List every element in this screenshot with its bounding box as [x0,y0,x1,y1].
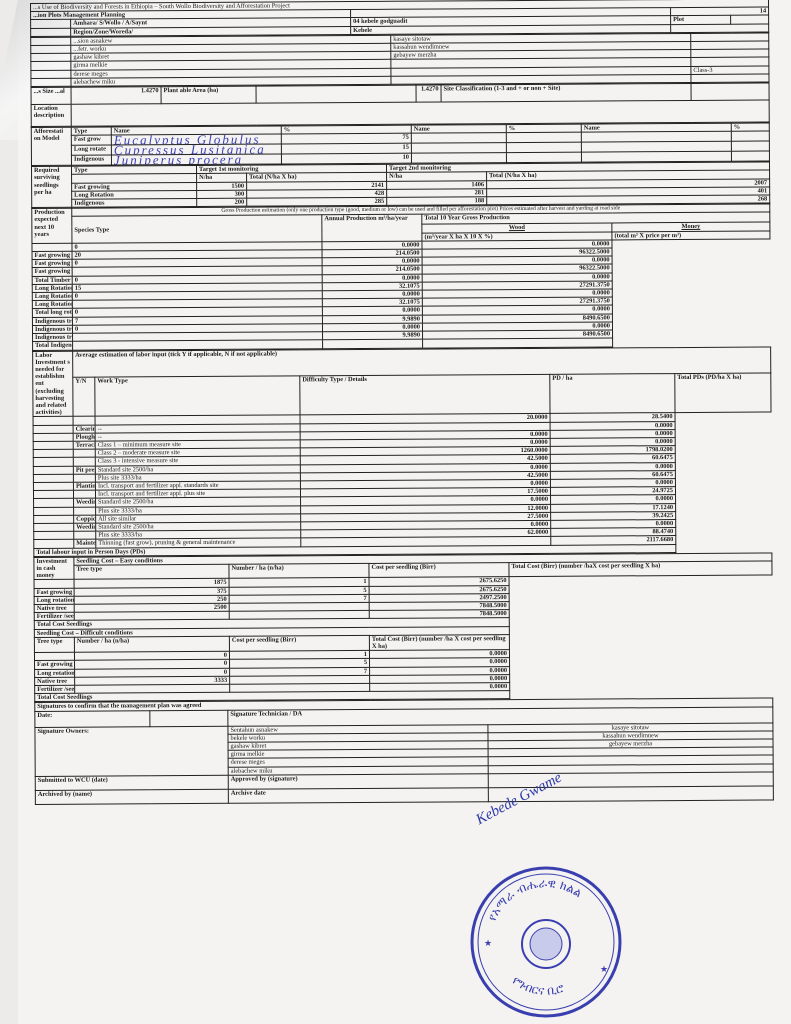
nha-header: N/ha [197,174,247,183]
work-type [73,474,95,482]
yn-checkbox[interactable] [34,540,74,548]
work-type: Pit preparation [73,466,95,474]
species-type: Long Rotation (medium) [32,292,72,300]
tree-type: Long rotation [34,596,74,604]
stamp-text-bottom: የግብርና ቢሮ [510,973,566,998]
plantable-area-label: Plant able Area (ha) [161,86,256,104]
surviving-seedlings-table: Required surviving seedlings per ha Type… [31,162,770,209]
surviving-seedlings-label: Required surviving seedlings per ha [32,166,72,207]
species-type: Long Rotation (good) [32,284,72,292]
species-header: Species Type [72,215,322,243]
work-type: Weeding year 2-5 [74,523,96,531]
species-type: Fast growing (low) [32,268,72,276]
tree-type: Native tree [35,677,75,685]
pd-header: PD / ha [550,374,675,414]
work-type: Planting [73,482,95,490]
wood-volume: 9.9890 [322,315,422,324]
yn-checkbox[interactable] [33,490,73,498]
tree-type-header: Tree type [34,637,74,653]
species-type: Indigenous trees (good) [32,317,72,325]
col-pct-3: % [731,123,769,131]
yn-checkbox[interactable] [34,507,74,515]
owners-label: Signature Owners: [35,726,228,776]
species-type: Indigenous trees (medium) [32,325,72,333]
tree-type: Fast growing [34,588,74,596]
signatures-table: Signatures to confirm that the managemen… [34,698,774,805]
yn-checkbox[interactable] [34,499,74,507]
gross-size-label: ...s Size ...al [31,87,71,104]
wood-volume: 32.1075 [322,298,422,307]
model-type: Long rotate [71,145,111,155]
yn-checkbox[interactable] [33,449,73,457]
difficult-rows: 010.0000Fast growing050.0000Long rotatio… [34,648,772,694]
yn-checkbox[interactable] [33,433,73,441]
labor-label: Labor Investment s needed for establishm… [33,351,73,417]
tree-type: Native tree [34,604,74,612]
n1: 200 [197,198,247,207]
wood-volume: 214.0500 [322,249,422,258]
total-cost-header: Total Cost (Birr) (number /haX cost per … [509,561,772,577]
species-type: Total long rotate wood stocks 10 years [32,309,72,317]
yn-header: Y/N [73,377,95,416]
investment-label: Investment in cash money [34,557,74,580]
species-pct: 10 [281,153,411,164]
n2: 188 [387,197,487,206]
t1: 285 [247,197,387,206]
production-table: Production expected next 10 years Gross … [31,204,771,351]
tree-type: Fertilizer /seedling [34,612,74,620]
work-type: Terracing, Water harvesting [73,441,95,449]
gross-size-value: 1.4270 [71,87,161,105]
investment-table: Investment in cash money Seedling Cost –… [33,552,773,702]
yn-checkbox[interactable] [33,458,73,466]
work-type [74,531,96,539]
easy-rows: 187512675.6250Fast growing37552675.6250L… [34,575,772,621]
owner-signature-rows: Signature Owners:Sentahun asnakewkasaye … [35,723,773,777]
work-type [73,490,95,498]
svg-text:★: ★ [484,938,492,948]
cost-header: Cost per seedling (Birr) [369,563,509,578]
number-header: Number / ha (n/ha) [74,636,229,652]
labor-table: Labor Investment s needed for establishm… [32,346,772,557]
wood-volume: 0.0000 [322,241,422,250]
work-type [73,457,95,465]
yn-checkbox[interactable] [34,515,74,523]
species-type [32,243,72,251]
yn-checkbox[interactable] [33,425,73,433]
model-type: Fast grow [71,135,111,145]
tree-type [34,580,74,588]
production-label: Production expected next 10 years [32,208,72,243]
yn-checkbox[interactable] [34,531,74,539]
total-pd-header: Total PDs (PD/ha X ha) [675,373,771,413]
tree-type: Fertilizer /seedling [35,685,75,693]
species-type: Total Indigenous wood stocks 10 years [33,342,73,350]
site-class-label: Site Classification (1-3 and + or non + … [441,83,691,102]
svg-text:★: ★ [600,964,608,974]
species-type: Fast growing (good) [32,251,72,259]
wood-volume: 0.0000 [322,274,422,283]
production-rows: 00.00000.0000Fast growing (good)20214.05… [32,239,771,350]
species-name-handwritten: Cupressus Lusitanica [111,144,281,155]
species-type: Fast growing (medium) [32,260,72,268]
yn-checkbox[interactable] [33,474,73,482]
work-type [74,507,96,515]
archive-date-field[interactable]: Archive date [228,788,488,804]
wood-volume: 0.0000 [322,290,422,299]
work-type [73,416,95,424]
n1: 1500 [197,182,247,191]
yn-checkbox[interactable] [33,417,73,425]
work-type: Clearing [73,425,95,433]
n1: 300 [197,190,247,199]
work-type-header: Work Type [95,376,300,416]
header-table: ...s Use of Biodiversity and Forests in … [30,0,769,37]
submitted-label: Submitted to WCU (date) [35,775,228,790]
svg-text:የግብርና ቢሮ: የግብርና ቢሮ [510,973,566,998]
wood-volume [323,339,423,348]
archived-by-label: Archived by (name) [35,789,228,804]
total-cost-header: Total Cost (Birr) (number /ha X cost per… [369,634,509,650]
wood-volume: 0.0000 [322,323,422,332]
annual-header: Annual Production m³/ha/year [322,215,422,242]
management-plan-form: ...s Use of Biodiversity and Forests in … [30,0,773,805]
money-subheader: (total m³ X price per m³) [612,231,770,240]
date-label: Date: [35,710,150,727]
location-label: Location description [31,104,71,126]
difficulty-header: Difficulty Type / Details [300,375,550,416]
work-type: Maintenance [74,539,96,547]
yn-checkbox[interactable] [33,466,73,474]
species-type: Indigenous trees (low) [33,333,73,341]
afforestation-model-table: Afforestati on Model Type Name % Name % … [31,123,770,167]
model-type: Indigenous [71,155,111,165]
wood-volume: 32.1075 [322,282,422,291]
species-name-handwritten: Eucalyptus Globulus [111,134,281,145]
work-type: Ploughing [73,433,95,441]
tree-type [34,652,74,660]
afforestation-model-label: Afforestati on Model [31,127,71,165]
tree-type-header: Tree type [74,564,229,579]
seedling-type: Indigenous [72,199,197,208]
labor-rows: 20.000028.5400Clearing--0.0000Ploughing-… [33,412,772,548]
work-type: Weeding year 1 [74,498,96,506]
plantable-area-value: 1.4270 [416,85,441,102]
n2: 1406 [387,180,487,189]
yn-checkbox[interactable] [34,523,74,531]
species-name-handwritten: Juniperus procera [111,154,281,165]
owners-table: ...sion asnakewkasaye sitotaw ...fetr. w… [30,32,769,87]
wood-volume: 214.0500 [322,266,422,275]
wood-volume: 0.0000 [322,257,422,266]
col-type: Type [71,127,111,135]
date-field[interactable] [150,710,228,726]
work-type [73,449,95,457]
area-table: ...s Size ...al 1.4270 Plant able Area (… [31,83,770,128]
number-header: Number / ha (n/ha) [229,564,369,579]
species-type: Total Timber production after 10 years [32,276,72,284]
wood-volume: 0.0000 [322,307,422,316]
cost-header: Cost per seedling (Birr) [229,635,369,651]
wood-volume: 9.9890 [323,331,423,340]
work-type: Coppice management [74,515,96,523]
tree-type: Fast growing [35,661,75,669]
official-stamp-icon: የአማራ ብሔራዊ ክልል የግብርና ቢሮ ★ ★ [466,862,626,1022]
tree-type: Long rotation [35,669,75,677]
species-type: Long Rotation (low) [32,301,72,309]
labor-intro: Average estimation of labor input (tick … [73,346,771,377]
yn-checkbox[interactable] [33,482,73,490]
yn-checkbox[interactable] [33,441,73,449]
